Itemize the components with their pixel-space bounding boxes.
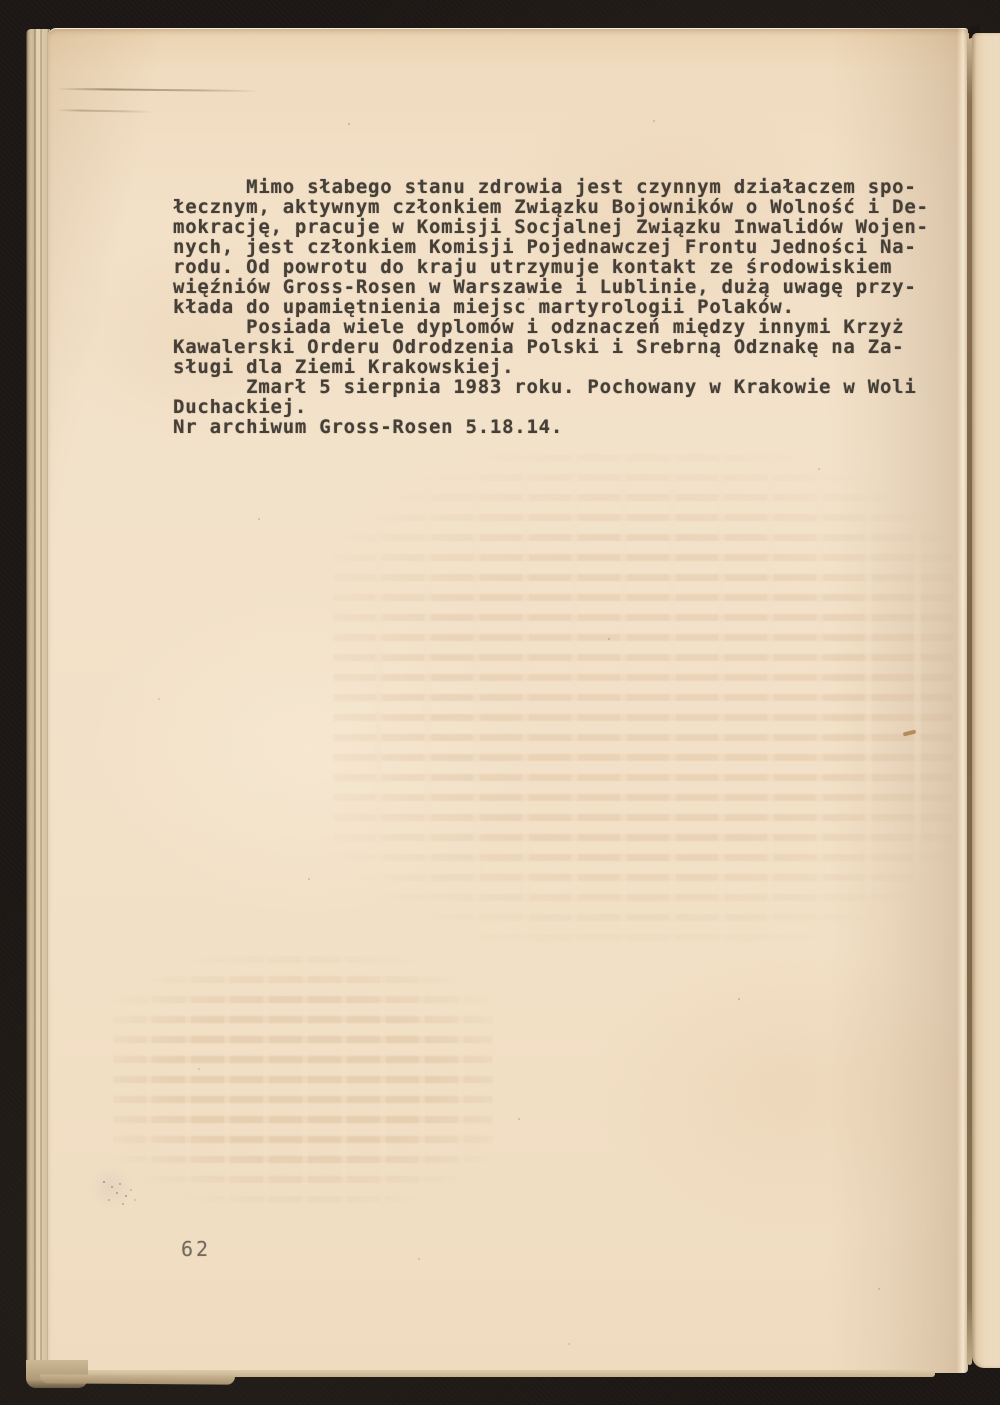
text-line: Zmarł 5 sierpnia 1983 roku. Pochowany w … (173, 377, 929, 397)
text-line: łecznym, aktywnym członkiem Związku Bojo… (173, 197, 929, 217)
text-line: kłada do upamiętnienia miejsc martyrolog… (173, 297, 929, 317)
text-line: sługi dla Ziemi Krakowskiej. (173, 357, 929, 377)
faint-smudge (88, 1166, 134, 1208)
text-line: rodu. Od powrotu do kraju utrzymuje kont… (173, 257, 929, 277)
ghost-bleedthrough-lower (113, 956, 493, 1204)
book-page: Mimo słabego stanu zdrowia jest czynnym … (48, 28, 968, 1373)
bottom-left-page-stack (40, 1374, 235, 1384)
paper-specks (48, 28, 50, 30)
scan-background: Mimo słabego stanu zdrowia jest czynnym … (0, 0, 1000, 1405)
text-line: mokrację, pracuje w Komisji Socjalnej Zw… (173, 217, 929, 237)
text-line: Mimo słabego stanu zdrowia jest czynnym … (173, 177, 929, 197)
scratch-mark (56, 109, 154, 113)
text-line: nych, jest członkiem Komisji Pojednawcze… (173, 237, 929, 257)
ghost-bleedthrough-upper (333, 454, 953, 946)
body-text: Mimo słabego stanu zdrowia jest czynnym … (173, 177, 929, 437)
text-line: Nr archiwum Gross-Rosen 5.18.14. (173, 417, 929, 437)
text-line: więźniów Gross-Rosen w Warszawie i Lubli… (173, 277, 929, 297)
adjacent-page-edge (972, 33, 1000, 1368)
text-line: Posiada wiele dyplomów i odznaczeń międz… (173, 317, 929, 337)
text-line: Duchackiej. (173, 397, 929, 417)
page-left-edge-stack (26, 29, 50, 1381)
speckle-smudge (103, 1181, 105, 1183)
scratch-mark (56, 88, 261, 92)
page-number: 62 (181, 1237, 211, 1261)
text-line: Kawalerski Orderu Odrodzenia Polski i Sr… (173, 337, 929, 357)
